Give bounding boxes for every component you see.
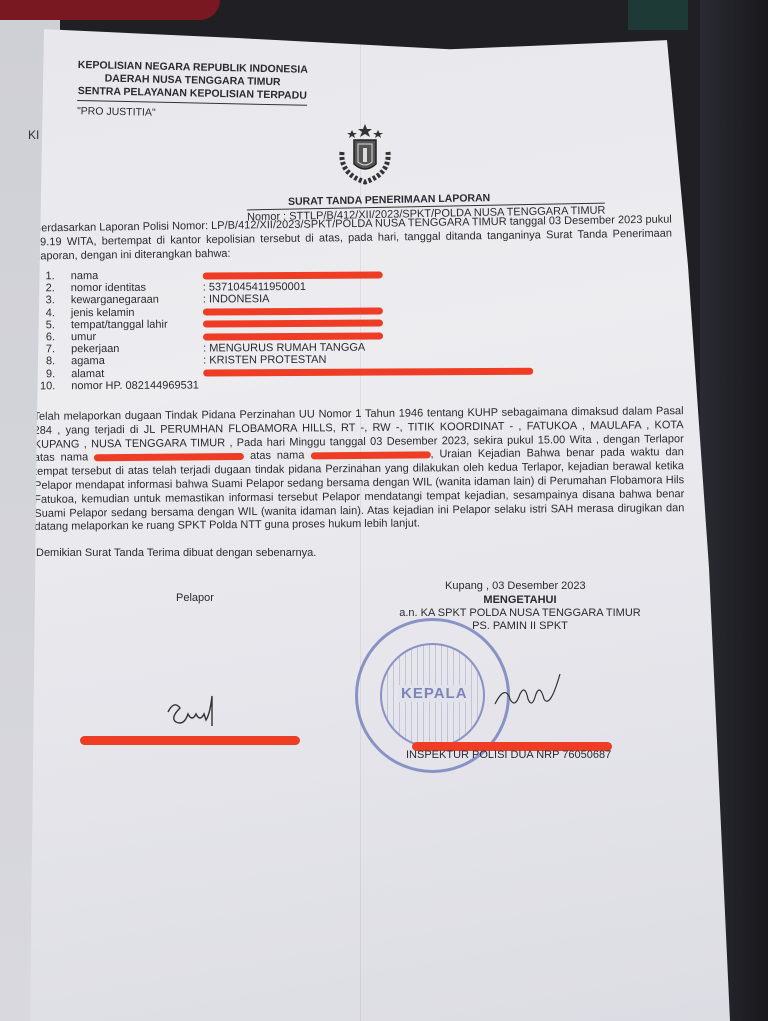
field-number: 8.: [34, 356, 61, 368]
field-label: jenis kelamin: [61, 306, 203, 319]
field-number: 10.: [34, 380, 61, 392]
complainant-fields: 1.nama2.nomor identitas: 537104541195000…: [34, 268, 555, 393]
pro-justitia: "PRO JUSTITIA": [77, 105, 156, 119]
redaction-mark: [203, 308, 383, 316]
report-body-text: atas nama: [250, 450, 304, 462]
field-label: umur: [61, 330, 203, 343]
reporter-name: [80, 732, 300, 742]
reporter-label: Pelapor: [176, 592, 214, 604]
field-value: [199, 377, 554, 391]
letterhead: KEPOLISIAN NEGARA REPUBLIK INDONESIA DAE…: [77, 59, 308, 106]
acknowledged-label: MENGETAHUI: [385, 594, 655, 607]
field-label: nama: [61, 269, 203, 282]
reporter-signature-icon: [160, 692, 220, 732]
field-label: alamat: [61, 367, 203, 380]
redaction-mark: [203, 320, 383, 328]
field-label: kewarganegaraan: [61, 294, 203, 307]
report-body: Telah melaporkan dugaan Tindak Pidana Pe…: [33, 405, 684, 535]
redaction-mark: [310, 451, 430, 459]
officer-signature-icon: [490, 664, 570, 714]
report-document: KEPOLISIAN NEGARA REPUBLIK INDONESIA DAE…: [30, 14, 730, 1021]
redaction-mark: [203, 332, 383, 340]
field-label: pekerjaan: [61, 343, 203, 356]
closing-statement: Demikian Surat Tanda Terima dibuat denga…: [36, 547, 316, 559]
place-date: Kupang , 03 Desember 2023: [445, 580, 586, 592]
stamp-text: KEPALA: [398, 685, 471, 702]
field-label: tempat/tanggal lahir: [61, 318, 203, 331]
underlying-sheet-text: KI: [28, 128, 39, 142]
officer-rank: INSPEKTUR POLISI DUA NRP 76050687: [406, 749, 611, 761]
redaction-mark: [203, 368, 533, 377]
field-label: nomor HP. 082144969531: [61, 379, 199, 392]
police-crest-icon: [330, 122, 400, 188]
field-row: 10.nomor HP. 082144969531: [34, 377, 554, 392]
redaction-mark: [80, 736, 300, 745]
background-object: [628, 0, 688, 30]
letterhead-line: SENTRA PELAYANAN KEPOLISIAN TERPADU: [77, 85, 307, 106]
intro-paragraph: Berdasarkan Laporan Polisi Nomor: LP/B/4…: [34, 214, 673, 264]
field-label: agama: [61, 355, 203, 368]
redaction-mark: [94, 453, 244, 461]
background-object: [0, 0, 220, 20]
field-number: 9.: [34, 368, 61, 380]
redaction-mark: [203, 271, 383, 279]
field-label: nomor identitas: [61, 282, 203, 295]
